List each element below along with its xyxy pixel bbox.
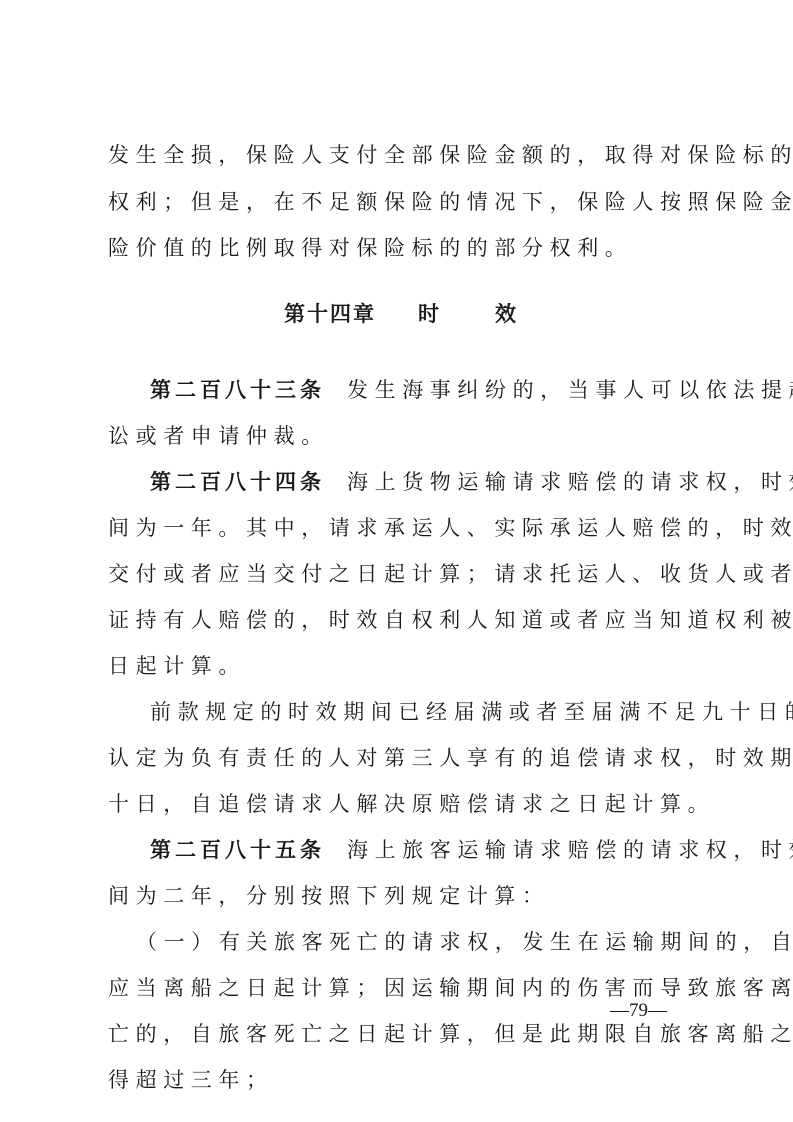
text-line: 海上货物运输请求赔偿的请求权，时效期 bbox=[347, 470, 793, 494]
text-line: 发生全损，保险人支付全部保险金额的，取得对保险标的的全部 bbox=[108, 141, 793, 169]
text-line: 险价值的比例取得对保险标的的部分权利。 bbox=[108, 234, 632, 262]
text-line: 得超过三年； bbox=[108, 1066, 274, 1094]
chapter-title-part: 时 bbox=[418, 302, 441, 326]
article-283: 第二百八十三条发生海事纠纷的，当事人可以依法提起诉 bbox=[150, 376, 793, 404]
chapter-number: 第十四章 bbox=[284, 302, 376, 326]
text-line: （一）有关旅客死亡的请求权，发生在运输期间的，自旅客 bbox=[136, 928, 793, 956]
text-line: 日起计算。 bbox=[108, 652, 246, 680]
text-line: 权利；但是，在不足额保险的情况下，保险人按照保险金额与保 bbox=[108, 188, 793, 216]
article-285: 第二百八十五条海上旅客运输请求赔偿的请求权，时效期 bbox=[150, 836, 793, 864]
text-line: 十日，自追偿请求人解决原赔偿请求之日起计算。 bbox=[108, 790, 715, 818]
text-line: 亡的，自旅客死亡之日起计算，但是此期限自旅客离船之日起不 bbox=[108, 1020, 793, 1048]
chapter-heading: 第十四章时效 bbox=[108, 298, 694, 328]
text-line: 讼或者申请仲裁。 bbox=[108, 422, 329, 450]
article-284: 第二百八十四条海上货物运输请求赔偿的请求权，时效期 bbox=[150, 468, 793, 496]
text-line: 间为二年，分别按照下列规定计算： bbox=[108, 882, 550, 910]
chapter-title-part: 效 bbox=[495, 302, 518, 326]
article-label: 第二百八十五条 bbox=[150, 838, 325, 862]
text-line: 认定为负有责任的人对第三人享有的追偿请求权，时效期间为九 bbox=[108, 744, 793, 772]
article-label: 第二百八十三条 bbox=[150, 378, 325, 402]
page-number: —79— bbox=[610, 1000, 667, 1022]
text-line: 海上旅客运输请求赔偿的请求权，时效期 bbox=[347, 838, 793, 862]
text-line: 前款规定的时效期间已经届满或者至届满不足九十日的，被 bbox=[150, 698, 793, 726]
text-line: 交付或者应当交付之日起计算；请求托运人、收货人或者运输单 bbox=[108, 560, 793, 588]
text-line: 应当离船之日起计算；因运输期间内的伤害而导致旅客离船后死 bbox=[108, 974, 793, 1002]
article-label: 第二百八十四条 bbox=[150, 470, 325, 494]
text-line: 发生海事纠纷的，当事人可以依法提起诉 bbox=[347, 378, 793, 402]
text-line: 证持有人赔偿的，时效自权利人知道或者应当知道权利被侵害之 bbox=[108, 606, 793, 634]
text-line: 间为一年。其中，请求承运人、实际承运人赔偿的，时效自货物 bbox=[108, 514, 793, 542]
